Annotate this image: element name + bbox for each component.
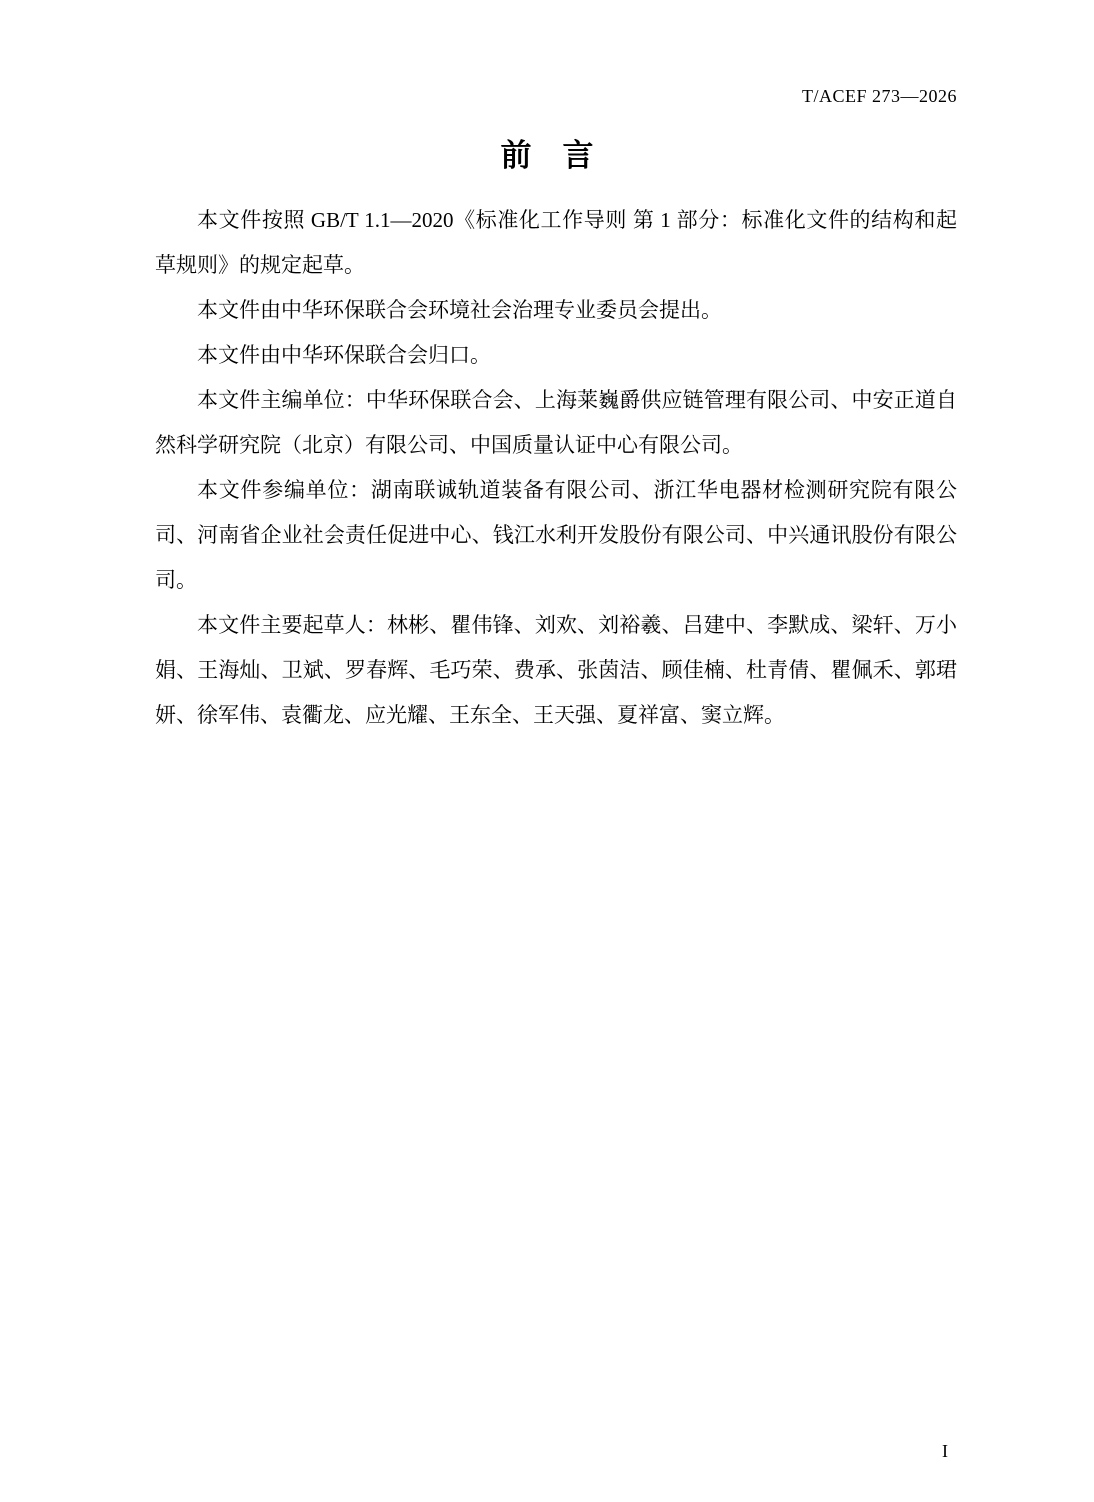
foreword-paragraph-participating-units: 本文件参编单位：湖南联诚轨道装备有限公司、浙江华电器材检测研究院有限公司、河南省… xyxy=(155,468,957,603)
foreword-paragraph-centralized-by: 本文件由中华环保联合会归口。 xyxy=(155,333,957,378)
foreword-body: 本文件按照 GB/T 1.1—2020《标准化工作导则 第 1 部分：标准化文件… xyxy=(155,198,957,738)
foreword-paragraph-main-drafters: 本文件主要起草人：林彬、瞿伟锋、刘欢、刘裕羲、吕建中、李默成、梁轩、万小娟、王海… xyxy=(155,603,957,738)
page-number: I xyxy=(905,1441,985,1462)
foreword-paragraph-proposed-by: 本文件由中华环保联合会环境社会治理专业委员会提出。 xyxy=(155,288,957,333)
standard-code: T/ACEF 273—2026 xyxy=(802,86,957,107)
foreword-paragraph-drafting-rules: 本文件按照 GB/T 1.1—2020《标准化工作导则 第 1 部分：标准化文件… xyxy=(155,198,957,288)
document-page: T/ACEF 273—2026 前 言 本文件按照 GB/T 1.1—2020《… xyxy=(0,0,1094,1502)
page-title: 前 言 xyxy=(0,136,1094,176)
foreword-paragraph-chief-editors: 本文件主编单位：中华环保联合会、上海莱巍爵供应链管理有限公司、中安正道自然科学研… xyxy=(155,378,957,468)
